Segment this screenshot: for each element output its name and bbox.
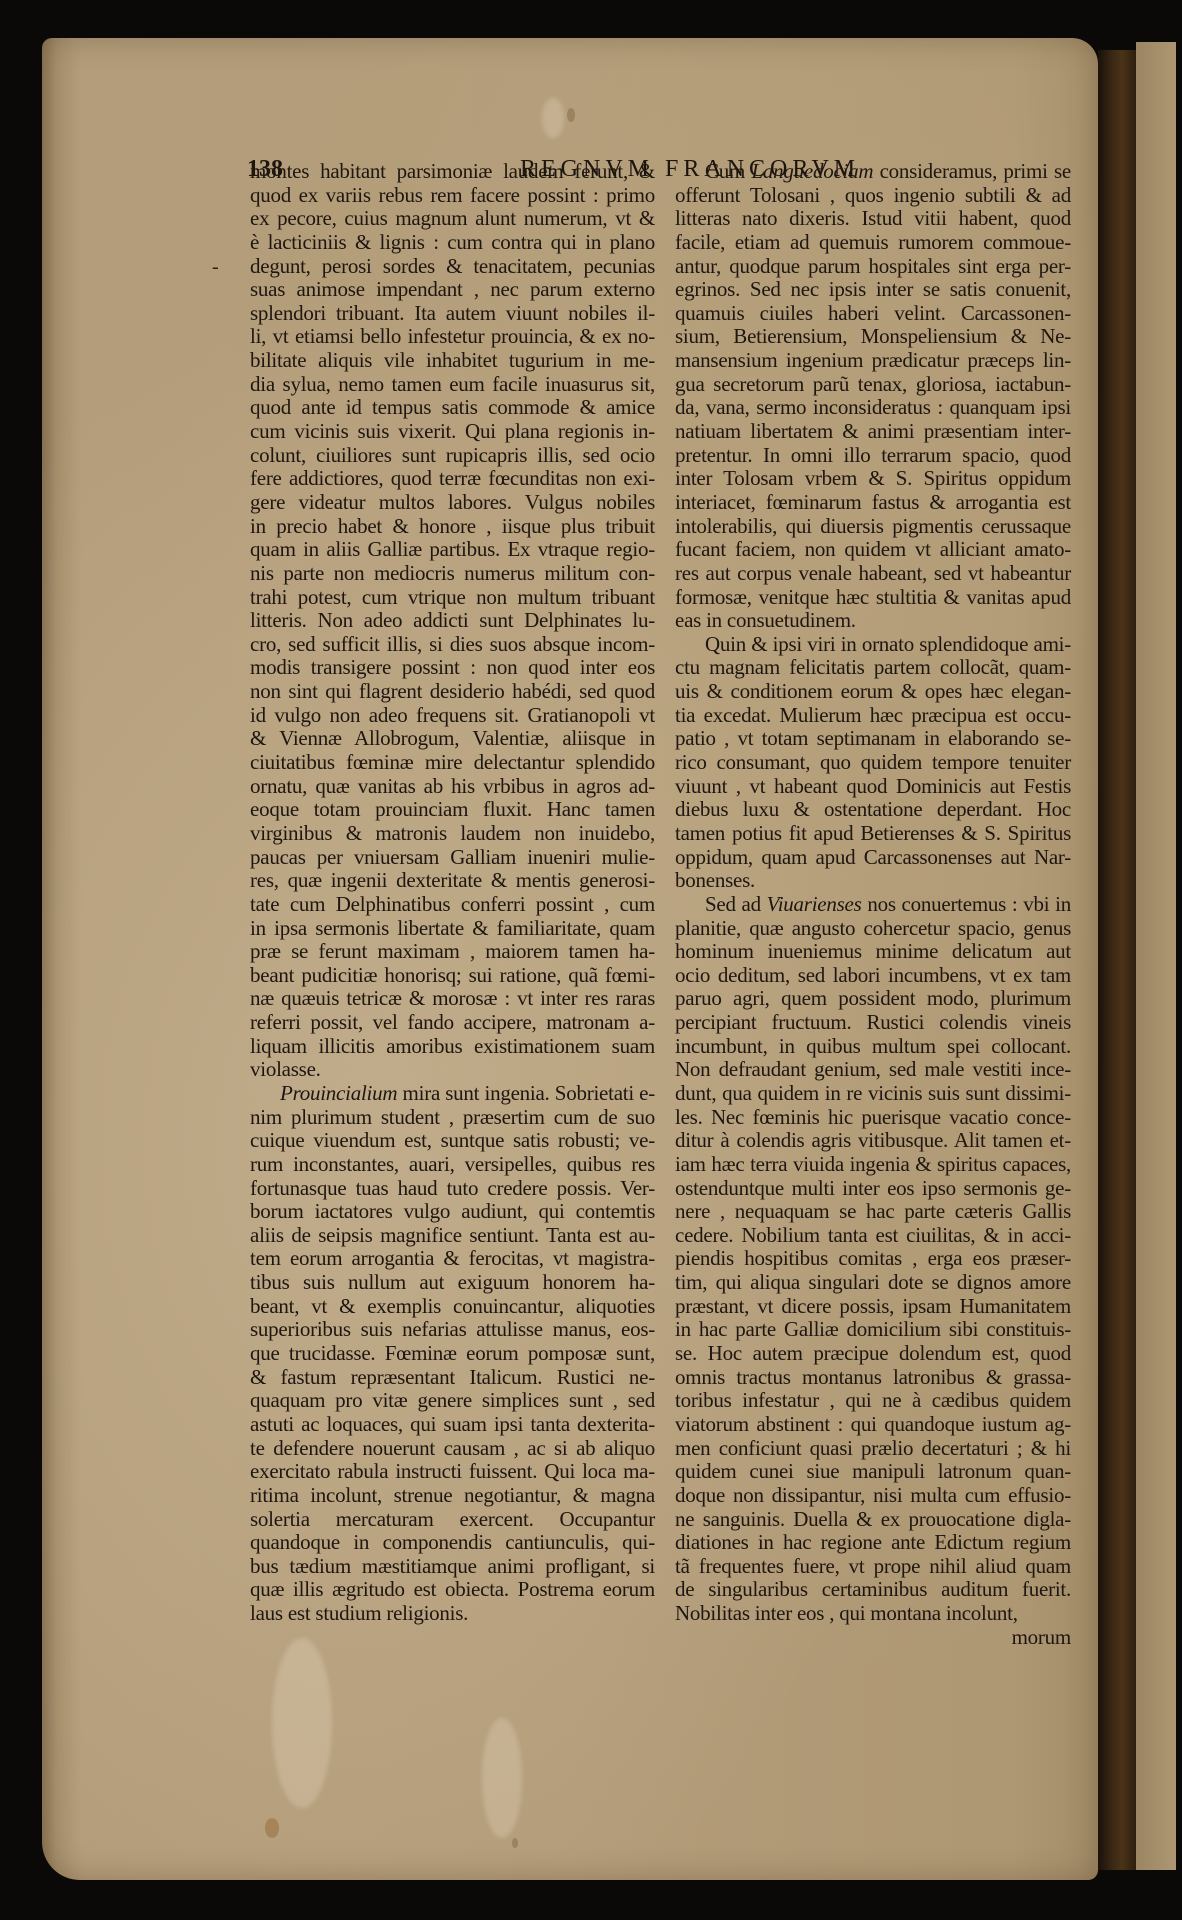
paper-stain (272, 1638, 332, 1808)
paper-stain (482, 1718, 522, 1838)
text-line: viuunt , vt habeant quod Dominicis aut F… (675, 775, 1071, 799)
text-line: bonenses. (675, 869, 1071, 893)
italic-proper-noun: Prouincialium (280, 1081, 397, 1105)
text-line: egrinos. Sed nec ipsis inter se satis co… (675, 278, 1071, 302)
text-line: superioribus suis nefarias attulisse man… (250, 1318, 655, 1342)
left-text-column: montes habitant parsimoniæ laudem ferunt… (250, 160, 655, 1626)
text-line: aliis de seipsis magnifice sentiunt. Tan… (250, 1224, 655, 1248)
text-line: nis parte non mediocris numerus militum … (250, 562, 655, 586)
text-line: que trucidasse. Fœminæ eorum pomposæ sun… (250, 1342, 655, 1366)
text-line: quandoque in componendis cantiunculis, q… (250, 1531, 655, 1555)
text-line: rico consumant, quo quidem tempore tenui… (675, 751, 1071, 775)
text-line: paucas per vniuersam Galliam inueniri mu… (250, 846, 655, 870)
text-line: hominum inueniemus minime delicatum aut (675, 940, 1071, 964)
text-line: splendori tribuant. Ita autem viuunt nob… (250, 302, 655, 326)
text-line: cum vicinis suis vixerit. Qui plana regi… (250, 420, 655, 444)
text-line: fere addictiores, quod terræ fœcunditas … (250, 467, 655, 491)
text-line: bus tædium mæstitiamque animi profligant… (250, 1555, 655, 1579)
text-line: tem eorum arrogantia & ferocitas, vt mag… (250, 1247, 655, 1271)
paper-stain (542, 98, 564, 138)
text-line: rum inconstantes, auari, versipelles, qu… (250, 1153, 655, 1177)
right-text-column: Cum Languedociam consideramus, primi seo… (675, 160, 1071, 1649)
text-line: colunt, ciuiliores sunt rupicapris illis… (250, 444, 655, 468)
text-line: ocio deditum, sed labori incumbens, vt e… (675, 964, 1071, 988)
text-line: eas in consuetudinem. (675, 609, 1071, 633)
text-line: præ se ferunt maximam , maiorem tamen ha… (250, 940, 655, 964)
text-line: liquam illicitis amoribus existimationem… (250, 1035, 655, 1059)
text-line: quidem cunei siue manipuli latronum quan… (675, 1460, 1071, 1484)
text-line: in precio habet & honore , iisque plus t… (250, 515, 655, 539)
text-line: cedere. Nobilium tanta est ciuilitas, & … (675, 1224, 1071, 1248)
text-line: in hac parte Galliæ domicilium sibi cons… (675, 1318, 1071, 1342)
italic-proper-noun: Viuarienses (767, 892, 862, 916)
text-line: modis transigere possint : non quod inte… (250, 656, 655, 680)
text-line: incumbunt, in quibus multum spei colloca… (675, 1035, 1071, 1059)
text-line: in ipsa sermonis libertate & familiarita… (250, 917, 655, 941)
text-line: ciuitatibus fœminæ mire delectantur sple… (250, 751, 655, 775)
text-line: dia sylua, nemo tamen eum facile inuasur… (250, 373, 655, 397)
text-line: de singularibus certaminibus auditum fue… (675, 1578, 1071, 1602)
text-line: facile, etiam ad quemuis rumorem commoue… (675, 231, 1071, 255)
text-line: te defendere nouerunt causam , ac si ab … (250, 1437, 655, 1461)
text-line: ctu magnam felicitatis partem collocãt, … (675, 656, 1071, 680)
text-line: næ quæuis tetricæ & morosæ : vt inter re… (250, 987, 655, 1011)
paper-spot (567, 108, 575, 122)
text-line: piendis hospitibus comitas , erga eos pr… (675, 1247, 1071, 1271)
text-line: tibus suis nullum aut exiguum honorem ha… (250, 1271, 655, 1295)
text-line: oppidum, quam apud Carcassonenses aut Na… (675, 846, 1071, 870)
text-line: nere , nequaquam se hac parte cæteris Ga… (675, 1200, 1071, 1224)
text-line: li, vt etiamsi bello infestetur prouinci… (250, 325, 655, 349)
text-line: gere videatur multos labores. Vulgus nob… (250, 491, 655, 515)
text-line: tã frequentes fuere, vt prope nihil aliu… (675, 1555, 1071, 1579)
book-gutter-shadow (1098, 50, 1138, 1870)
text-line: id vulgo non adeo frequens sit. Gratiano… (250, 704, 655, 728)
text-line: doque non dissipantur, nisi multa cum ef… (675, 1484, 1071, 1508)
text-line: ne sanguinis. Duella & ex prouocatione d… (675, 1508, 1071, 1532)
text-line: virginibus & matronis laudem non inuideb… (250, 822, 655, 846)
text-line: Sed ad Viuarienses nos conuertemus : vbi… (675, 893, 1071, 917)
text-line: uis & conditionem eorum & opes hæc elega… (675, 680, 1071, 704)
text-line: cro, sed sufficit illis, si dies suos ab… (250, 633, 655, 657)
paper-spot (512, 1838, 518, 1848)
text-line: planitie, quæ angusto cohercetur spacio,… (675, 917, 1071, 941)
text-line: & Viennæ Allobrogum, Valentiæ, aliisque … (250, 727, 655, 751)
text-line: solertia mercaturam exercent. Occupantur (250, 1508, 655, 1532)
text-line: quod ex variis rebus rem facere possint … (250, 184, 655, 208)
italic-proper-noun: Languedociam (751, 159, 873, 183)
text-line: diationes in hac regione ante Edictum re… (675, 1531, 1071, 1555)
text-line: quam in aliis Galliæ partibus. Ex vtraqu… (250, 538, 655, 562)
text-line: iam hæc terra viuida ingenia & spiritus … (675, 1153, 1071, 1177)
text-line: da, vana, sermo inconsideratus : quanqua… (675, 396, 1071, 420)
text-line: cuique viuendum est, suntque satis robus… (250, 1129, 655, 1153)
text-line: ostenduntque multi inter eos ipso sermon… (675, 1177, 1071, 1201)
text-line: ditur à colendis agris vitibusque. Alit … (675, 1129, 1071, 1153)
text-line: quod ante id tempus satis commode & amic… (250, 396, 655, 420)
text-line: tamen potius fit apud Betierenses & S. S… (675, 822, 1071, 846)
paper-spot (265, 1818, 279, 1838)
text-line: antur, quodque parum hospitales sint erg… (675, 255, 1071, 279)
text-line: offerunt Tolosani , quos ingenio subtili… (675, 184, 1071, 208)
text-line: Nobilitas inter eos , qui montana incolu… (675, 1602, 1071, 1626)
text-line: se. Hoc autem præcipue dolendum est, quo… (675, 1342, 1071, 1366)
text-line: suas animose impendant , nec parum exter… (250, 278, 655, 302)
text-line: litteras nato dixeris. Istud vitii haben… (675, 207, 1071, 231)
text-line: interiacet, fœminarum fastus & arroganti… (675, 491, 1071, 515)
facing-page-edge (1136, 42, 1176, 1870)
text-line: borum iactatores vulgo audiunt, qui cont… (250, 1200, 655, 1224)
text-line: quæ illis ægritudo est obiecta. Postrema… (250, 1578, 655, 1602)
text-line: fortunasque tuas haud tuto credere possi… (250, 1177, 655, 1201)
text-line: mansensium ingenium prædicatur præceps l… (675, 349, 1071, 373)
text-line: natiuam libertatem & animi præsentiam in… (675, 420, 1071, 444)
text-line: ex pecore, cuius magnum alunt numerum, v… (250, 207, 655, 231)
text-line: fucant faciem, non quidem vt alliciant a… (675, 538, 1071, 562)
text-line: toribus infestatur , qui ne à cædibus qu… (675, 1389, 1071, 1413)
text-line: tate cum Delphinatibus conferri possint … (250, 893, 655, 917)
text-line: laus est studium religionis. (250, 1602, 655, 1626)
margin-mark: - (212, 256, 219, 279)
text-line: degunt, perosi sordes & tenacitatem, pec… (250, 255, 655, 279)
text-line: nim plurimum student , præsertim cum de … (250, 1106, 655, 1130)
text-line: ornatu, quæ vanitas ab his vrbibus in ag… (250, 775, 655, 799)
text-line: Prouincialium mira sunt ingenia. Sobriet… (250, 1082, 655, 1106)
text-line: viatorum abstinent : qui quandoque iustu… (675, 1413, 1071, 1437)
text-line: gua secretorum parũ tenax, gloriosa, iac… (675, 373, 1071, 397)
text-line: les. Nec fœminis hic puerisque vacatio c… (675, 1106, 1071, 1130)
text-line: sium, Betierensium, Monspeliensium & Ne- (675, 325, 1071, 349)
text-line: violasse. (250, 1058, 655, 1082)
text-line: diebus luxu & ostentatione deperdant. Ho… (675, 798, 1071, 822)
text-line: intolerabilis, qui diuersis pigmentis ce… (675, 515, 1071, 539)
text-line: patio , vt totam septimanam in elaborand… (675, 727, 1071, 751)
text-line: montes habitant parsimoniæ laudem ferunt… (250, 160, 655, 184)
text-line: eoque totam prouinciam fluxit. Hanc tame… (250, 798, 655, 822)
text-line: præstant, vt dicere possis, ipsam Humani… (675, 1295, 1071, 1319)
catchword: morum (675, 1626, 1071, 1650)
text-line: & fastum repræsentant Italicum. Rustici … (250, 1366, 655, 1390)
text-line: formosæ, venitque hæc stultitia & vanita… (675, 586, 1071, 610)
book-page-138: 138 REGNVM FRANCORVM - montes habitant p… (42, 38, 1098, 1880)
text-line: paruo agri, quem possident modo, plurimu… (675, 987, 1071, 1011)
text-line: Non defraudant genium, sed male vestiti … (675, 1058, 1071, 1082)
text-line: quaquam pro vitæ genere simplices sunt ,… (250, 1389, 655, 1413)
text-line: res, quæ ingenii dexteritate & mentis ge… (250, 869, 655, 893)
text-line: ritima incolunt, strenue negotiantur, & … (250, 1484, 655, 1508)
text-line: res aut corpus venale habeant, sed vt ha… (675, 562, 1071, 586)
text-line: è lacticiniis & lignis : cum contra qui … (250, 231, 655, 255)
text-line: referri possit, vel fando accipere, matr… (250, 1011, 655, 1035)
text-line: inter Tolosam vrbem & S. Spiritus oppidu… (675, 467, 1071, 491)
text-line: tia excedat. Mulierum hæc præcipua est o… (675, 704, 1071, 728)
text-line: percipiant fructuum. Rustici colendis vi… (675, 1011, 1071, 1035)
text-line: exercitato rabula instructi fuissent. Qu… (250, 1460, 655, 1484)
text-line: tim, qui aliqua singulari dote se dignos… (675, 1271, 1071, 1295)
text-line: beant, vt & exemplis conuincantur, aliqu… (250, 1295, 655, 1319)
text-line: omnis tractus montanus latronibus & gras… (675, 1366, 1071, 1390)
text-line: non sint qui flagrent desiderio habédi, … (250, 680, 655, 704)
text-line: bilitate aliquis vile inhabitet tugurium… (250, 349, 655, 373)
text-line: astuti ac loquaces, qui suam ipsi tanta … (250, 1413, 655, 1437)
text-line: pretentur. In omni illo terrarum spacio,… (675, 444, 1071, 468)
text-line: litteris. Non adeo addicti sunt Delphina… (250, 609, 655, 633)
text-line: Cum Languedociam consideramus, primi se (675, 160, 1071, 184)
text-line: quamuis ciuiles haberi velint. Carcasson… (675, 302, 1071, 326)
text-line: trahi potest, cum vtrique non multum tri… (250, 586, 655, 610)
text-line: Quin & ipsi viri in ornato splendidoque … (675, 633, 1071, 657)
text-line: dunt, qua quidem in re vicinis suis sunt… (675, 1082, 1071, 1106)
text-line: beant pudicitiæ honorisq; sui ratione, q… (250, 964, 655, 988)
text-line: men conficiunt quasi prælio decertaturi … (675, 1437, 1071, 1461)
